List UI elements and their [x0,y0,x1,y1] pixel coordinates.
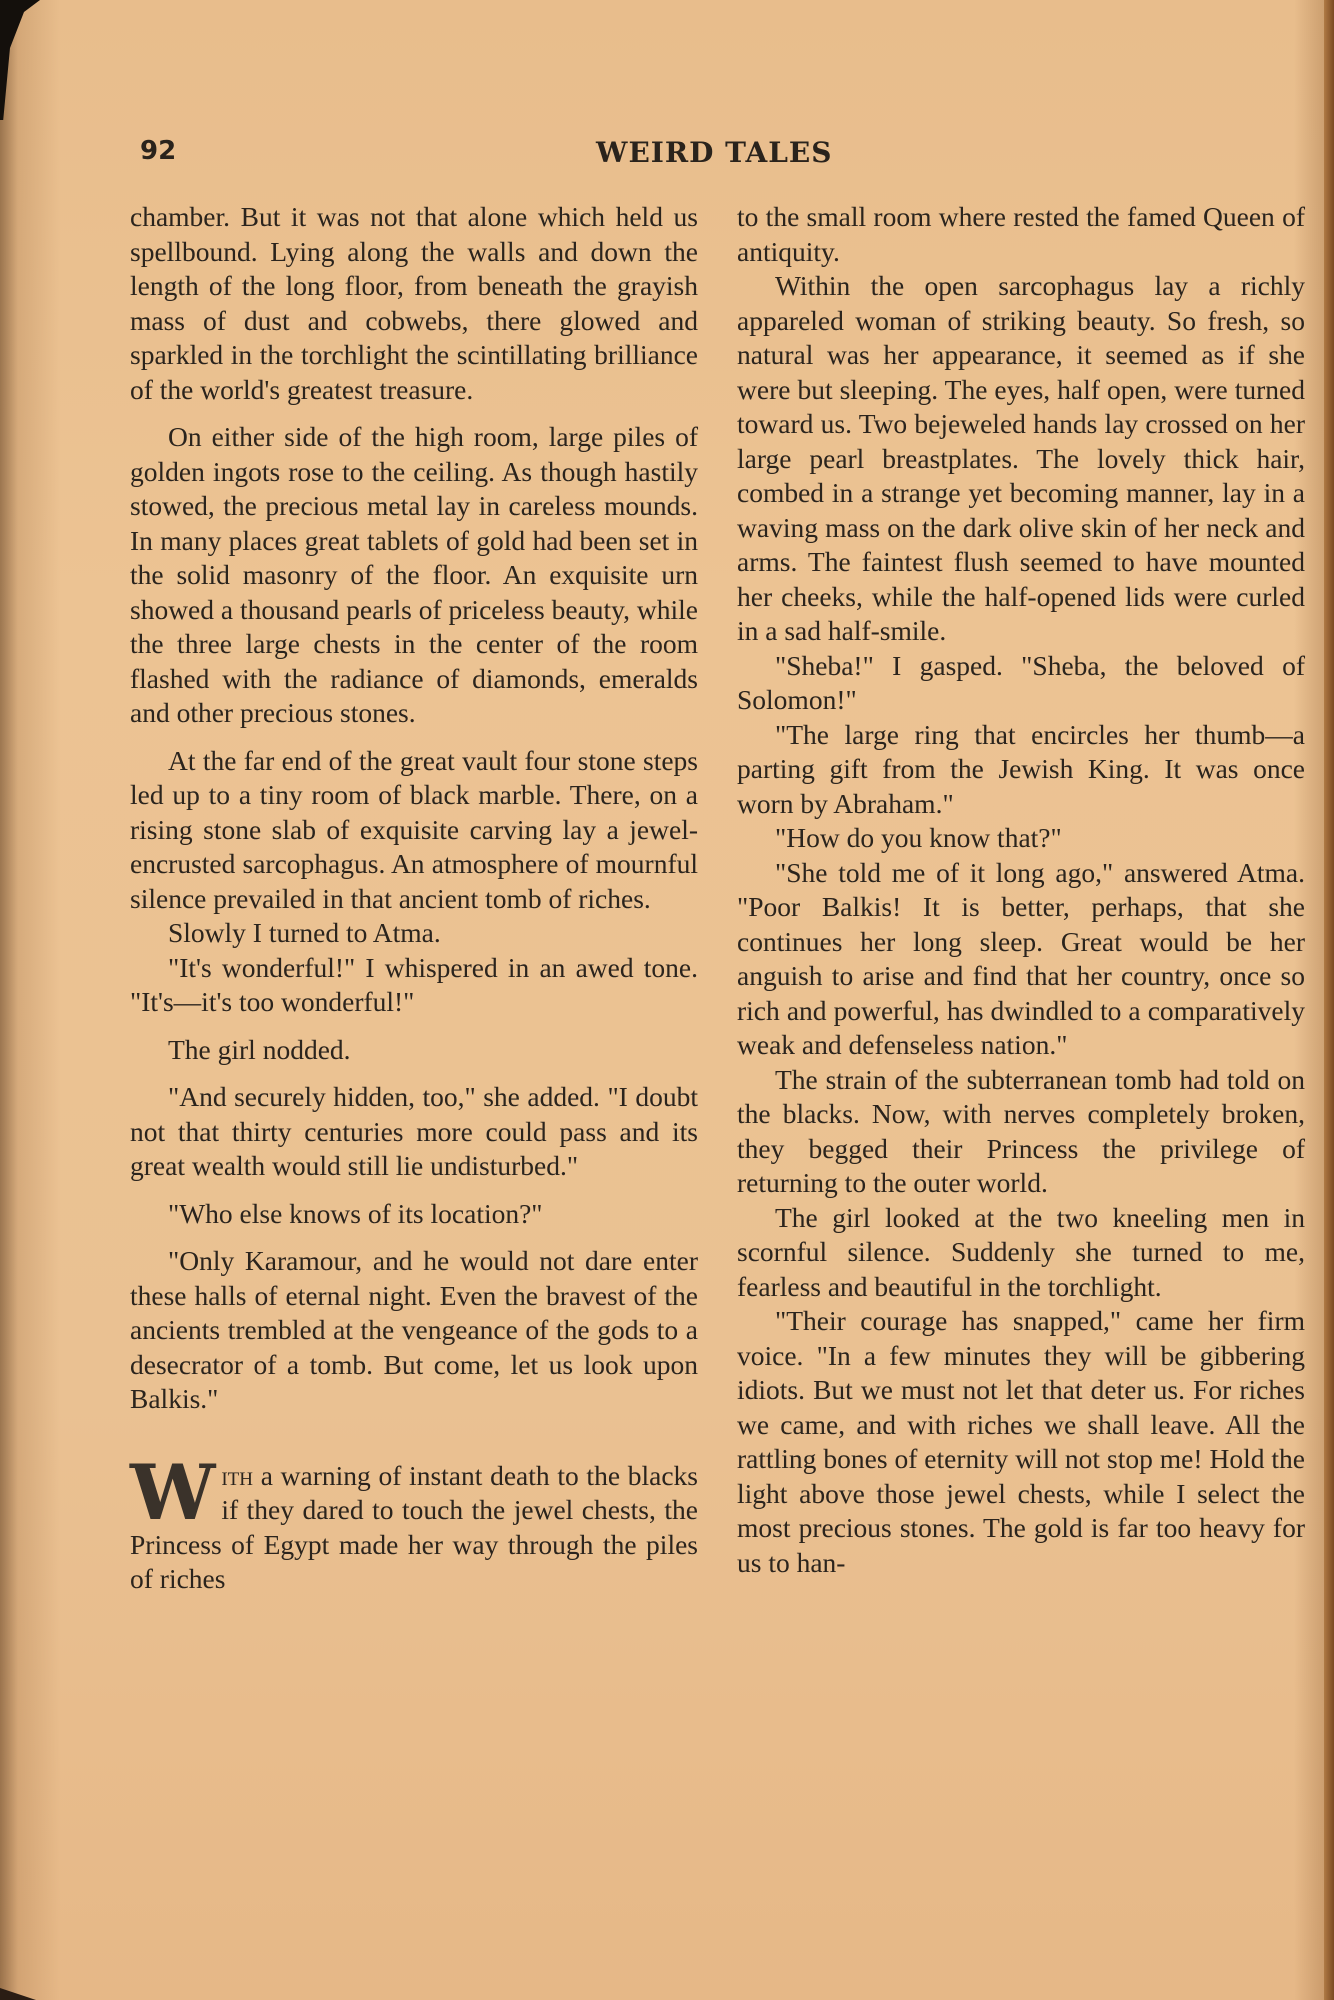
paragraph: "Sheba!" I gasped. "Sheba, the be­loved … [737,649,1305,718]
paragraph: Slowly I turned to Atma. [130,916,698,951]
magazine-page: 92 WEIRD TALES chamber. But it was not t… [0,0,1334,2000]
running-head: 92 WEIRD TALES [140,136,1304,172]
page-edge [1324,0,1334,2000]
paragraph: Within the open sarcophagus lay a richly… [737,269,1305,649]
paragraph: "Their courage has snapped," came her fi… [737,1304,1305,1580]
paragraph: The girl nodded. [130,1033,698,1068]
paragraph: "She told me of it long ago," answered A… [737,856,1305,1063]
paragraph: On either side of the high room, large p… [130,420,698,731]
magazine-title: WEIRD TALES [596,136,832,169]
paragraph: At the far end of the great vault four s… [130,744,698,917]
paragraph: "How do you know that?" [737,821,1305,856]
right-column: to the small room where rested the famed… [737,200,1305,1580]
small-caps-lead: ith [221,1460,253,1491]
paragraph: chamber. But it was not that alone which… [130,200,698,407]
left-column: chamber. But it was not that alone which… [130,200,698,1597]
paragraph: The strain of the subterranean tomb had … [737,1063,1305,1201]
paragraph: "And securely hidden, too," she added. "… [130,1080,698,1184]
paragraph: The girl looked at the two kneeling men … [737,1201,1305,1305]
paragraph: "It's wonderful!" I whispered in an awed… [130,951,698,1020]
paragraph: "The large ring that encircles her thumb… [737,718,1305,822]
section-opening-paragraph: With a warning of instant death to the b… [130,1459,698,1597]
page-corner-shadow [0,0,40,120]
paragraph: "Who else knows of its location?" [130,1197,698,1232]
page-number: 92 [140,136,176,166]
drop-cap: W [130,1463,215,1523]
paragraph: "Only Karamour, and he would not dare en… [130,1244,698,1417]
paragraph: to the small room where rested the famed… [737,200,1305,269]
page-corner-shadow-bottom [0,1980,36,2000]
